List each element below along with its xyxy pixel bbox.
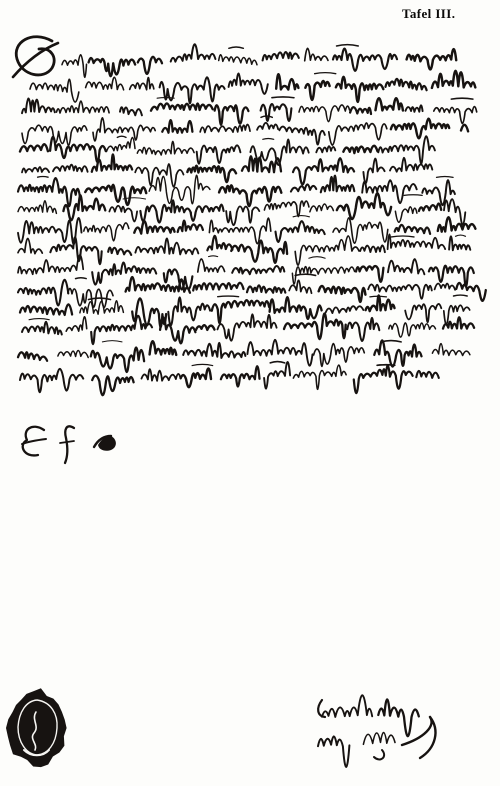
ink-stroke <box>137 141 194 155</box>
ink-stroke <box>60 441 74 443</box>
ink-stroke <box>378 136 435 164</box>
ink-stroke <box>142 369 181 381</box>
ink-stroke <box>102 341 122 342</box>
ink-stroke <box>264 362 290 389</box>
ink-stroke <box>451 98 473 99</box>
ink-stroke <box>314 344 365 367</box>
ink-stroke <box>232 266 284 274</box>
ink-stroke <box>363 732 395 744</box>
ink-stroke <box>30 79 79 102</box>
ink-stroke <box>91 316 152 344</box>
ink-stroke <box>229 73 268 93</box>
ink-stroke <box>420 717 435 758</box>
ink-stroke <box>374 340 421 366</box>
ink-stroke <box>374 750 384 759</box>
ink-stroke <box>461 125 468 132</box>
ink-stroke <box>65 426 74 463</box>
ink-stroke <box>120 107 142 115</box>
ink-stroke <box>270 362 285 363</box>
ink-stroke <box>107 138 136 152</box>
ink-stroke <box>391 119 449 139</box>
ink-stroke <box>117 136 126 137</box>
ink-stroke <box>92 376 133 396</box>
ink-stroke <box>140 200 191 222</box>
ink-stroke <box>293 216 309 217</box>
ink-stroke <box>229 47 244 48</box>
ink-stroke <box>126 277 190 293</box>
ink-stroke <box>377 365 395 366</box>
ink-stroke <box>276 74 298 89</box>
ink-stroke <box>178 221 203 232</box>
ink-stroke <box>123 198 145 199</box>
ink-stroke <box>157 98 174 99</box>
ink-stroke <box>437 177 454 178</box>
ink-stroke <box>388 259 424 274</box>
ink-stroke <box>92 263 156 285</box>
ink-stroke <box>318 700 325 717</box>
ink-stroke <box>405 304 441 322</box>
ink-stroke <box>191 205 224 221</box>
ink-stroke <box>53 165 88 172</box>
ink-stroke <box>84 223 129 241</box>
ink-stroke <box>333 49 397 71</box>
ink-stroke <box>270 297 322 319</box>
ink-stroke <box>449 236 470 250</box>
ink-stroke <box>305 48 328 60</box>
ink-stroke <box>326 306 364 313</box>
ink-stroke <box>456 235 466 236</box>
ink-stroke <box>378 699 419 736</box>
wax-seal <box>6 688 67 767</box>
ink-stroke <box>390 158 432 172</box>
handwritten-letter-scan <box>0 0 500 786</box>
ink-stroke <box>318 736 349 767</box>
efd-monogram <box>22 426 116 463</box>
ink-stroke <box>435 284 456 290</box>
ink-stroke <box>215 105 249 124</box>
ink-stroke <box>362 180 417 203</box>
ink-stroke <box>370 296 387 297</box>
ink-stroke <box>18 178 80 206</box>
ink-stroke <box>151 103 213 110</box>
ink-stroke <box>207 236 232 250</box>
ink-stroke <box>109 206 137 222</box>
ink-stroke <box>292 267 354 284</box>
ink-stroke <box>20 369 83 392</box>
ink-stroke <box>138 57 162 74</box>
ink-stroke <box>310 204 334 212</box>
ink-stroke <box>395 207 417 222</box>
manuscript-page: Tafel III. <box>0 0 500 786</box>
ink-stroke <box>18 255 83 274</box>
ink-stroke <box>347 318 379 341</box>
ink-stroke <box>219 185 281 206</box>
ink-stroke <box>350 107 371 114</box>
ink-stroke <box>168 297 210 325</box>
ink-stroke <box>93 118 155 141</box>
ink-stroke <box>38 177 49 178</box>
signature-handwriting <box>318 695 435 767</box>
ink-stroke <box>337 45 359 46</box>
ink-stroke <box>261 104 292 121</box>
ink-stroke <box>432 71 475 88</box>
ink-stroke <box>434 107 477 124</box>
ink-stroke <box>454 295 468 296</box>
ink-stroke <box>321 176 354 193</box>
ink-stroke <box>395 225 430 234</box>
ink-stroke <box>337 193 391 219</box>
ink-stroke <box>192 364 213 365</box>
ink-stroke <box>135 238 198 254</box>
ink-stroke <box>13 43 58 77</box>
ink-stroke <box>295 274 315 275</box>
ink-stroke <box>329 123 387 145</box>
ink-stroke <box>58 351 88 358</box>
ink-stroke <box>456 283 485 301</box>
ink-stroke <box>134 221 174 234</box>
ink-stroke <box>91 348 144 372</box>
ink-stroke <box>22 322 62 335</box>
ink-stroke <box>18 201 56 214</box>
ink-stroke <box>76 278 87 279</box>
ink-stroke <box>187 166 236 182</box>
ink-stroke <box>80 301 124 314</box>
ink-stroke <box>221 366 260 386</box>
ink-stroke <box>181 368 211 387</box>
ink-stroke <box>29 319 49 320</box>
ink-stroke <box>18 280 68 306</box>
ink-stroke <box>407 49 457 69</box>
ink-stroke <box>276 221 325 242</box>
ink-stroke <box>289 280 311 293</box>
ink-stroke <box>219 55 257 65</box>
ink-stroke <box>149 175 210 203</box>
ink-stroke <box>264 201 309 217</box>
ink-stroke <box>438 217 476 231</box>
ink-stroke <box>299 105 350 122</box>
ink-stroke <box>416 371 439 378</box>
ink-stroke <box>197 145 241 163</box>
ink-stroke <box>209 256 218 257</box>
ink-stroke <box>89 298 111 299</box>
ink-stroke <box>183 343 245 358</box>
ink-stroke <box>22 167 49 173</box>
ink-stroke <box>360 245 385 252</box>
ink-stroke <box>319 286 366 302</box>
ink-stroke <box>404 195 422 196</box>
ink-stroke <box>263 52 299 60</box>
ink-stroke <box>343 146 377 153</box>
ink-stroke <box>279 127 324 145</box>
ink-stroke <box>356 266 383 282</box>
ink-stroke <box>391 236 414 237</box>
ink-stroke <box>263 138 274 139</box>
ink-stroke <box>108 248 131 255</box>
ink-stroke <box>354 366 413 393</box>
ink-stroke <box>18 218 82 244</box>
ink-stroke <box>86 77 124 90</box>
ink-stroke <box>419 204 441 211</box>
opening-initial-flourish <box>13 37 58 77</box>
ink-stroke <box>20 144 48 151</box>
ink-stroke <box>242 156 281 172</box>
ink-stroke <box>150 341 177 355</box>
ink-stroke <box>20 304 72 315</box>
ink-stroke <box>226 206 259 225</box>
ink-stroke <box>389 323 436 337</box>
ink-stroke <box>62 55 87 78</box>
ink-stroke <box>336 77 383 102</box>
ink-stroke <box>386 79 427 90</box>
ink-stroke <box>309 257 325 259</box>
ink-stroke <box>363 159 384 184</box>
ink-stroke <box>200 125 250 133</box>
ink-stroke <box>231 241 287 263</box>
ink-stroke <box>293 158 354 184</box>
ink-stroke <box>162 120 192 133</box>
ink-stroke <box>432 344 469 356</box>
ink-stroke <box>315 73 336 74</box>
ink-stroke <box>406 105 423 112</box>
ink-stroke <box>66 317 87 331</box>
ink-stroke <box>130 78 154 90</box>
ink-stroke <box>160 317 195 343</box>
ink-stroke <box>18 352 47 361</box>
ink-stroke <box>366 295 395 311</box>
ink-stroke <box>295 236 359 265</box>
ink-stroke <box>212 300 269 323</box>
ink-stroke <box>218 314 277 340</box>
ink-stroke <box>160 77 225 103</box>
letter-body-handwriting <box>18 44 486 395</box>
ink-stroke <box>376 98 403 110</box>
ink-stroke <box>272 97 294 98</box>
ink-stroke <box>22 98 55 113</box>
ink-stroke <box>57 101 110 113</box>
ink-stroke <box>293 365 346 389</box>
ink-stroke <box>316 146 335 152</box>
ink-stroke <box>381 341 401 342</box>
ink-stroke <box>291 184 316 191</box>
ink-stroke <box>89 58 135 76</box>
ink-stroke <box>247 285 285 293</box>
ink-stroke <box>198 259 225 272</box>
ink-stroke <box>193 283 243 291</box>
ink-stroke <box>322 695 372 717</box>
ink-stroke <box>218 296 239 297</box>
ink-stroke <box>50 237 101 264</box>
ink-stroke <box>305 81 329 100</box>
ink-stroke <box>50 137 106 162</box>
ink-stroke <box>196 325 215 330</box>
ink-stroke <box>257 123 278 130</box>
ink-stroke <box>171 44 216 61</box>
ink-stroke <box>429 266 474 287</box>
